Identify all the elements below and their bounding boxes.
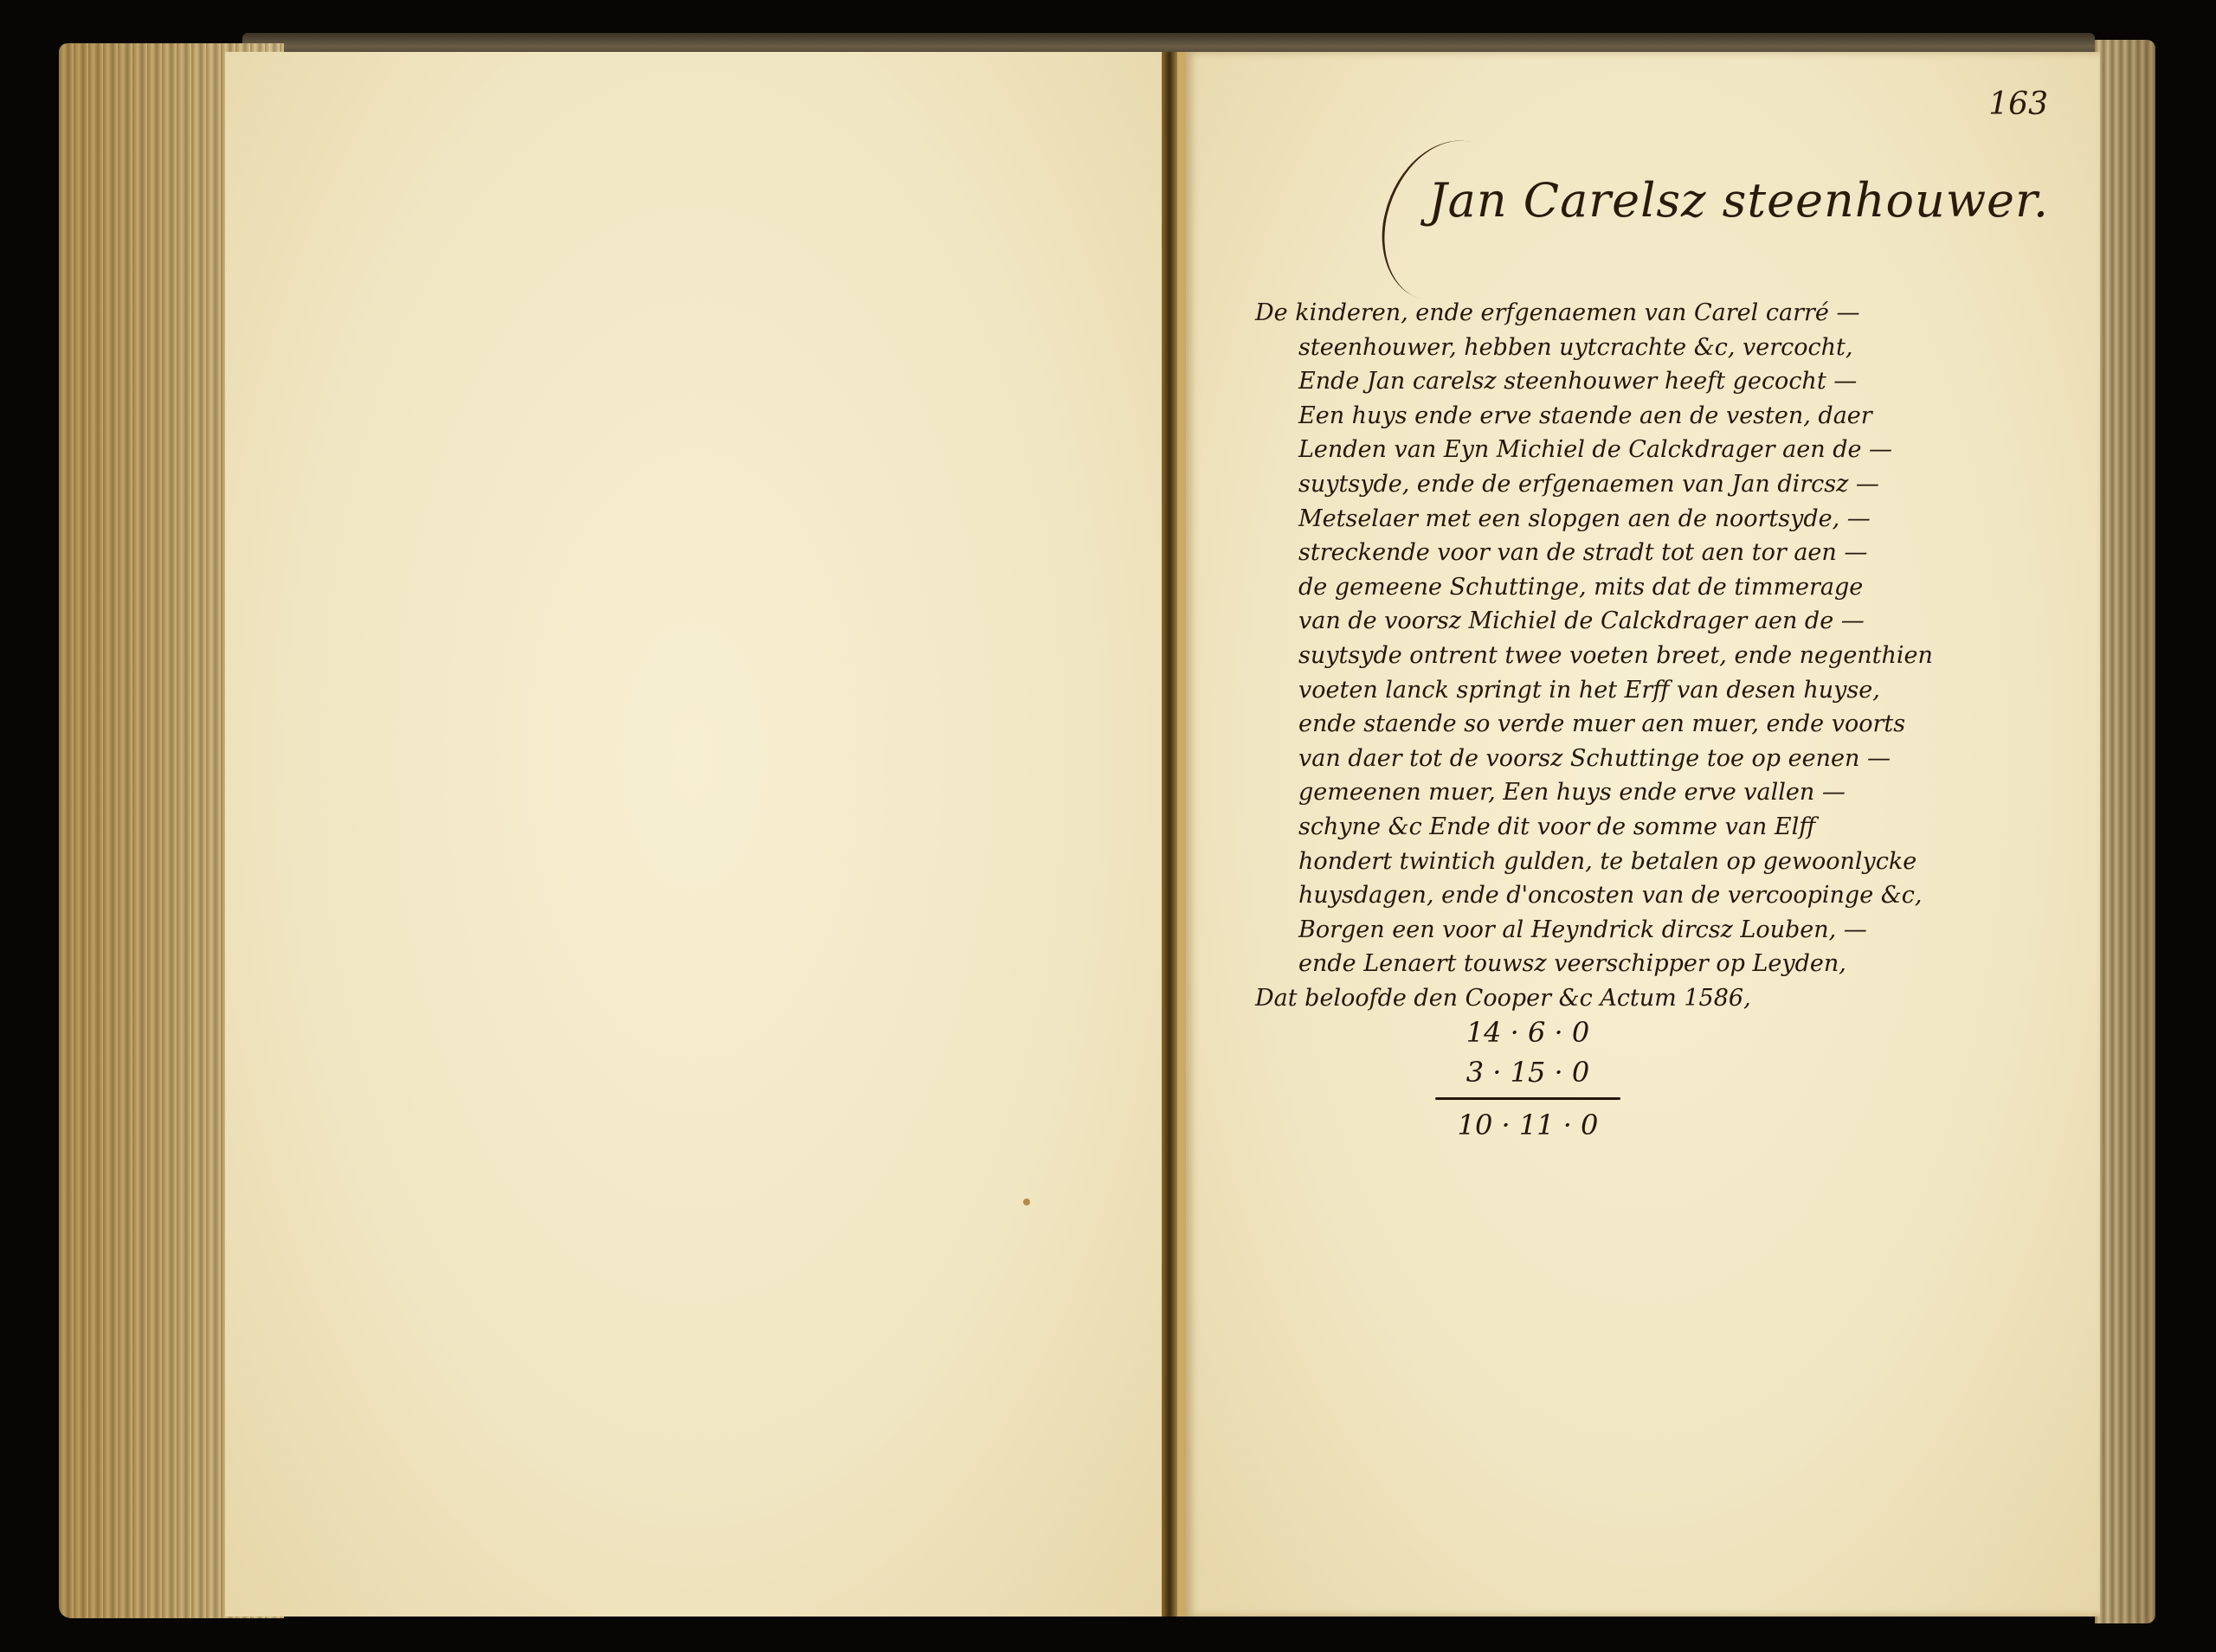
entry-heading: Jan Carelsz steenhouwer. [1428,173,2049,228]
entry-line: steenhouwer, hebben uytcrachte &c, verco… [1255,331,2034,365]
entry-line: ende Lenaert touwsz veerschipper op Leyd… [1255,947,2034,981]
entry-line: streckende voor van de stradt tot aen to… [1255,536,2034,570]
entry-line: suytsyde, ende de erfgenaemen van Jan di… [1255,467,2034,502]
entry-line: suytsyde ontrent twee voeten breet, ende… [1255,639,2034,673]
entry-line: Dat beloofde den Cooper &c Actum 1586, [1255,981,2034,1016]
open-book: 163 Jan Carelsz steenhouwer. De kinderen… [52,33,2164,1634]
entry-line: Borgen een voor al Heyndrick dircsz Loub… [1255,913,2034,948]
book-gutter [1162,52,1177,1617]
entry-line: schyne &c Ende dit voor de somme van Elf… [1255,810,2034,845]
entry-line: Metselaer met een slopgen aen de noortsy… [1255,502,2034,537]
entry-line: De kinderen, ende erfgenaemen van Carel … [1255,296,2034,331]
left-page-blank [225,52,1167,1617]
entry-line: Een huys ende erve staende aen de vesten… [1255,399,2034,434]
entry-line: ende staende so verde muer aen muer, end… [1255,707,2034,742]
entry-line: Lenden van Eyn Michiel de Calckdrager ae… [1255,433,2034,467]
entry-text: De kinderen, ende erfgenaemen van Carel … [1255,296,2034,1015]
calculation-total: 10 · 11 · 0 [1446,1105,1610,1145]
entry-line: huysdagen, ende d'oncosten van de vercoo… [1255,878,2034,913]
calculation-row: 3 · 15 · 0 [1446,1052,1610,1092]
calculation-block: 14 · 6 · 0 3 · 15 · 0 10 · 11 · 0 [1446,1012,1610,1145]
entry-line: van de voorsz Michiel de Calckdrager aen… [1255,604,2034,639]
right-page: 163 Jan Carelsz steenhouwer. De kinderen… [1177,52,2100,1617]
entry-line: de gemeene Schuttinge, mits dat de timme… [1255,570,2034,605]
folio-number: 163 [1988,87,2048,122]
entry-line: gemeenen muer, Een huys ende erve vallen… [1255,775,2034,810]
entry-line: hondert twintich gulden, te betalen op g… [1255,845,2034,879]
right-page-stack [2095,40,2155,1623]
calculation-row: 14 · 6 · 0 [1446,1012,1610,1052]
entry-line: van daer tot de voorsz Schuttinge toe op… [1255,742,2034,776]
foxing-spot [1023,1199,1030,1205]
entry-line: voeten lanck springt in het Erff van des… [1255,673,2034,708]
sum-rule [1435,1097,1620,1100]
entry-line: Ende Jan carelsz steenhouwer heeft gecoc… [1255,364,2034,399]
